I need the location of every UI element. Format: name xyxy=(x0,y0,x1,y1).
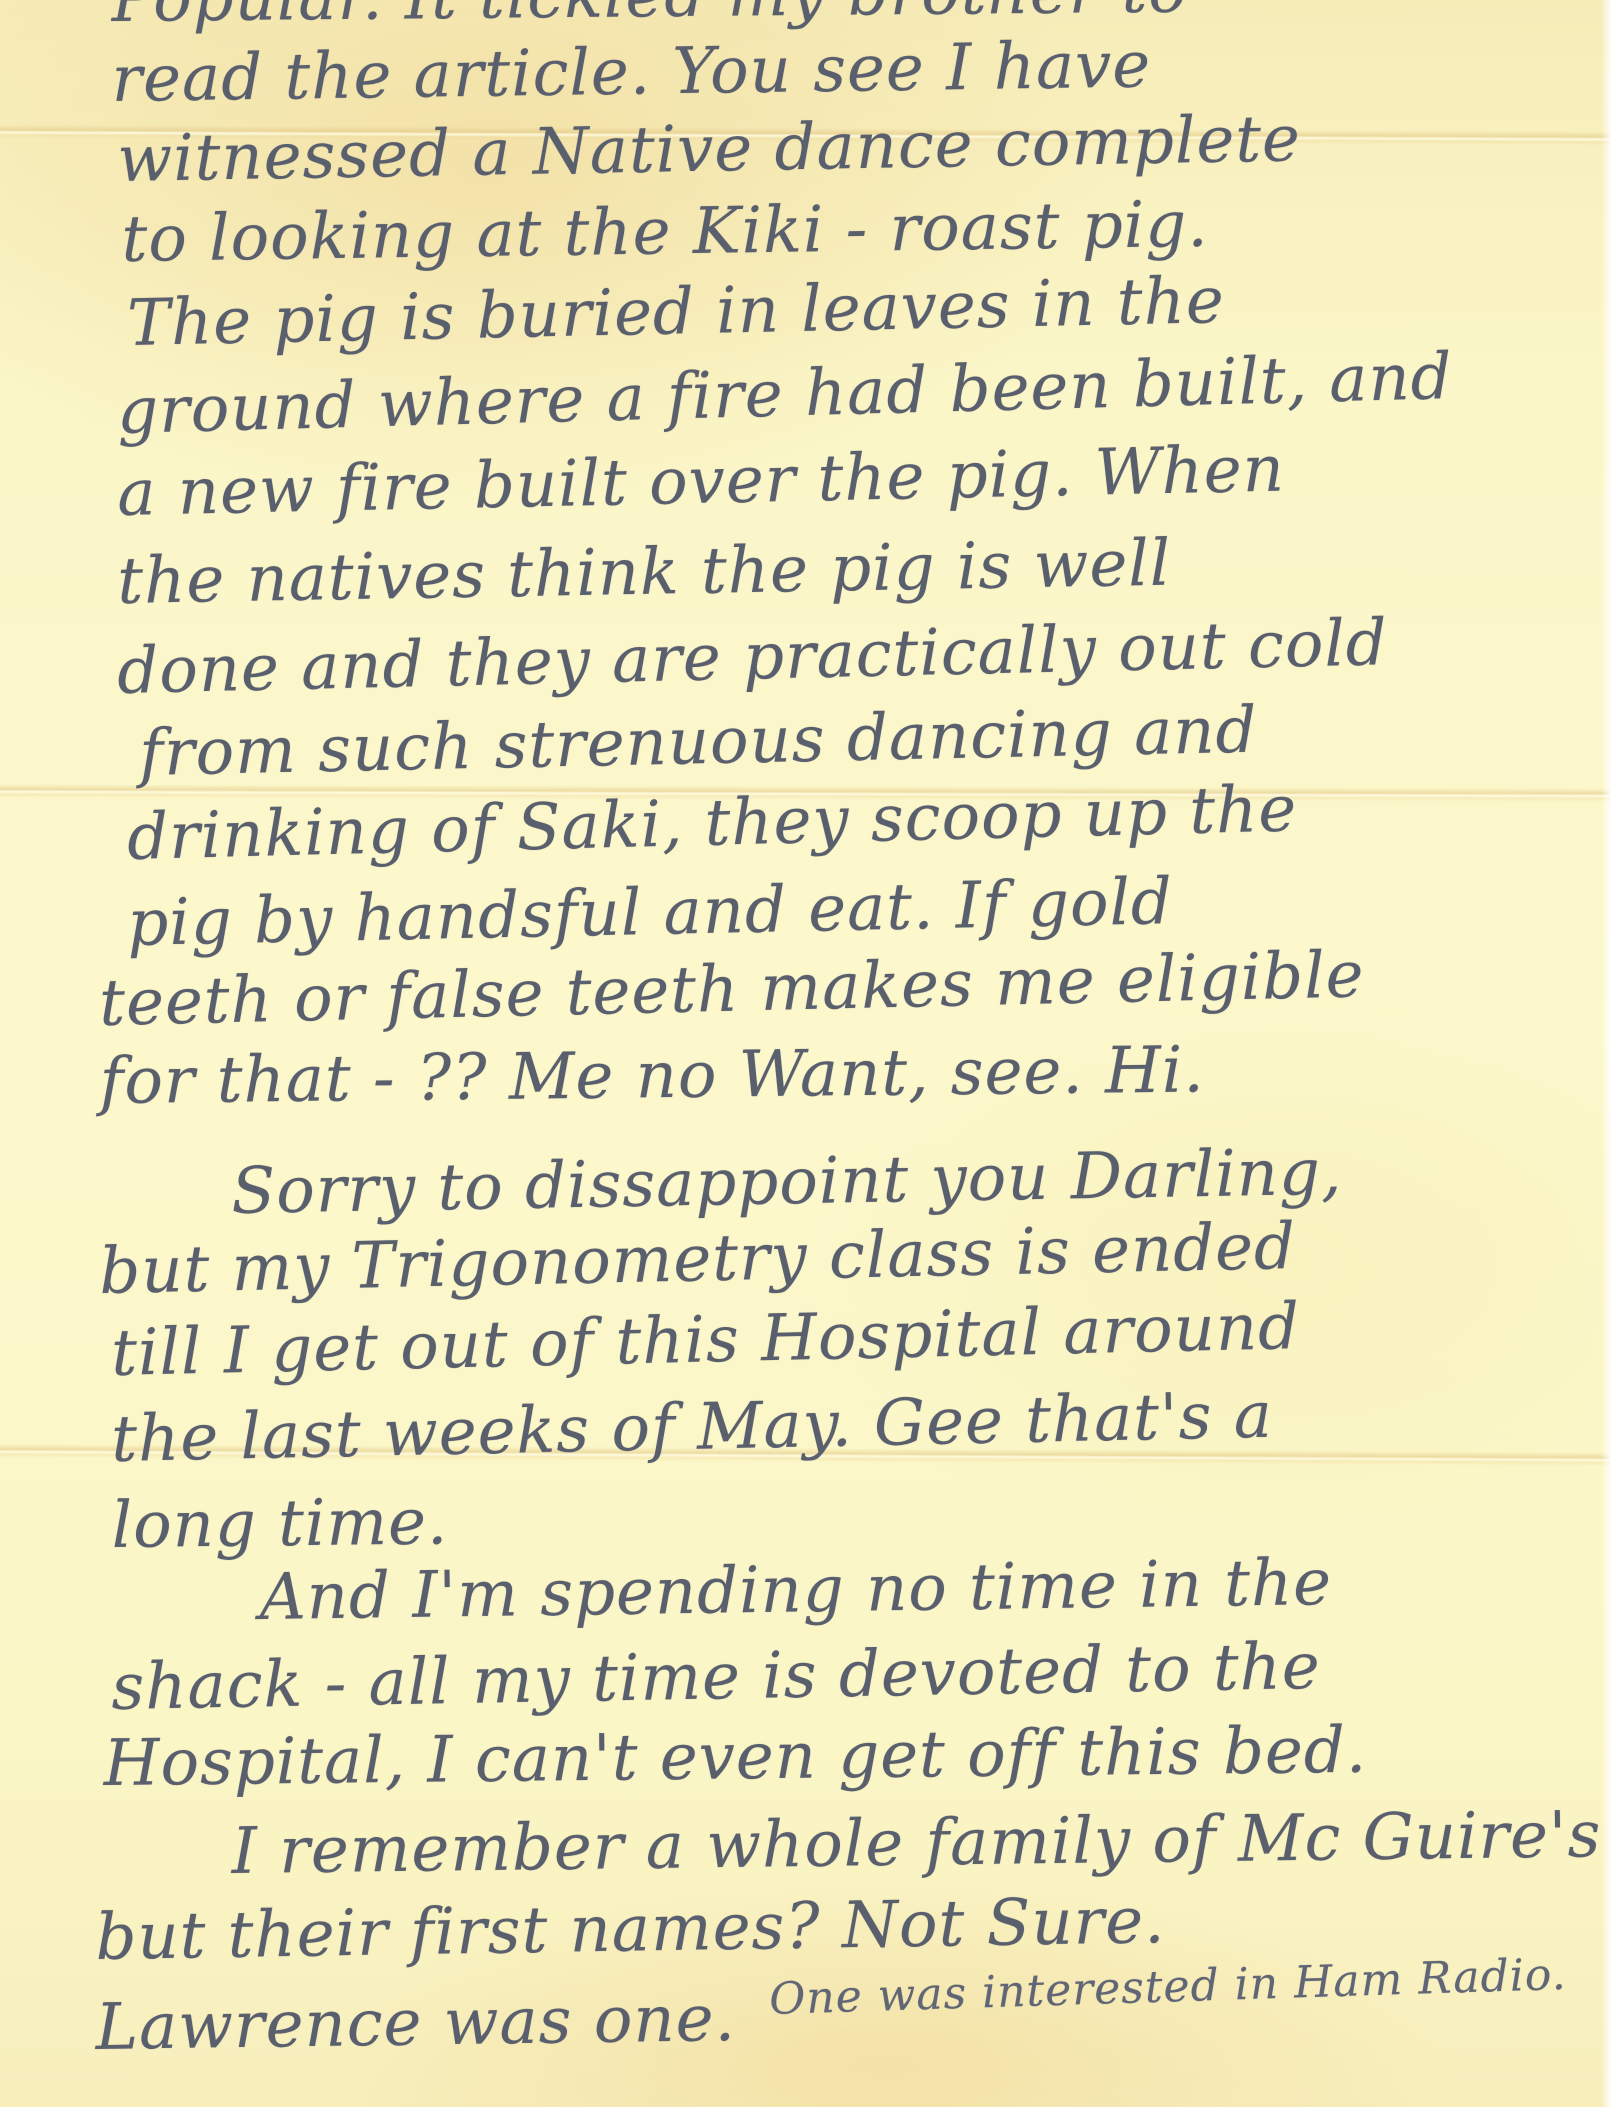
letter-line: for that - ?? Me no Want, see. Hi. xyxy=(99,1038,1205,1114)
letter-line: a new fire built over the pig. When xyxy=(117,438,1286,526)
letter-line: Lawrence was one. xyxy=(95,1987,736,2060)
letter-line: but their first names? Not Sure. xyxy=(95,1889,1166,1970)
letter-line: to looking at the Kiki - roast pig. xyxy=(121,193,1209,272)
letter-line: till I get out of this Hospital around xyxy=(111,1295,1301,1386)
handwritten-text: Popular. It tickled my brother to read t… xyxy=(0,0,1611,2107)
letter-line: Hospital, I can't even get off this bed. xyxy=(103,1719,1367,1796)
letter-line: I remember a whole family of Mc Guire's xyxy=(231,1803,1601,1884)
letter-line: drinking of Saki, they scoop up the xyxy=(126,777,1297,870)
letter-line: And I'm spending no time in the xyxy=(259,1551,1332,1630)
letter-line: Popular. It tickled my brother to xyxy=(111,0,1188,32)
letter-line: witnessed a Native dance complete xyxy=(117,107,1301,192)
letter-line: pig by handsful and eat. If gold xyxy=(127,870,1174,956)
letter-page: Popular. It tickled my brother to read t… xyxy=(0,0,1611,2107)
letter-line: from such strenuous dancing and xyxy=(139,699,1258,786)
letter-line: the last weeks of May. Gee that's a xyxy=(111,1384,1274,1472)
letter-line: but my Trigonometry class is ended xyxy=(99,1215,1297,1304)
letter-line-postscript: One was interested in Ham Radio. xyxy=(769,1953,1568,2022)
letter-line: long time. xyxy=(111,1490,448,1558)
letter-line: The pig is buried in leaves in the xyxy=(127,269,1226,356)
letter-line: shack - all my time is devoted to the xyxy=(111,1635,1321,1720)
letter-line: ground where a fire had been built, and xyxy=(116,345,1453,444)
letter-line: done and they are practically out cold xyxy=(117,611,1389,704)
letter-line: the natives think the pig is well xyxy=(117,532,1172,614)
letter-line: read the article. You see I have xyxy=(111,33,1151,112)
